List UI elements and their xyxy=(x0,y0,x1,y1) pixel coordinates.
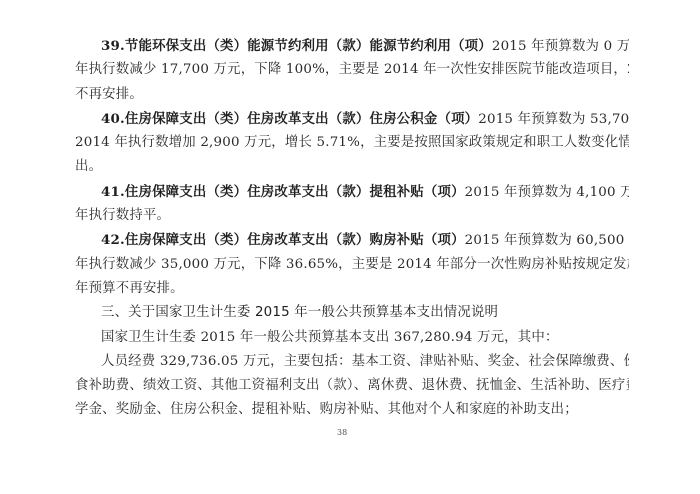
summary-line: 国家卫生计生委 2015 年一般公共预算基本支出 367,280.94 万元，其… xyxy=(75,326,629,350)
section-heading: 三、关于国家卫生计生委 2015 年一般公共预算基本支出情况说明 xyxy=(75,301,629,325)
paragraph-40-line-1: 40.住房保障支出（类）住房改革支出（款）住房公积金（项）2015 年预算数为 … xyxy=(75,107,629,131)
paragraph-42-line-2: 年执行数减少 35,000 万元，下降 36.65%，主要是 2014 年部分一… xyxy=(75,253,629,277)
page-number: 38 xyxy=(337,428,347,437)
paragraph-40-line-2: 2014 年执行数增加 2,900 万元，增长 5.71%，主要是按照国家政策规… xyxy=(75,131,629,155)
item-39-title: 39.节能环保支出（类）能源节约利用（款）能源节约利用（项） xyxy=(101,38,492,54)
paragraph-42-line-3: 年预算不再安排。 xyxy=(75,277,629,301)
paragraph-41-line-1: 41.住房保障支出（类）住房改革支出（款）提租补贴（项）2015 年预算数为 4… xyxy=(75,180,629,204)
personnel-line-3: 学金、奖励金、住房公积金、提租补贴、购房补贴、其他对个人和家庭的补助支出； xyxy=(75,398,629,422)
document-page: 39.节能环保支出（类）能源节约利用（款）能源节约利用（项）2015 年预算数为… xyxy=(75,34,629,423)
paragraph-39-line-3: 不再安排。 xyxy=(75,83,629,107)
item-42-title: 42.住房保障支出（类）住房改革支出（款）购房补贴（项） xyxy=(101,232,465,248)
paragraph-39-line-2: 年执行数减少 17,700 万元，下降 100%，主要是 2014 年一次性安排… xyxy=(75,58,629,82)
personnel-line-2: 食补助费、绩效工资、其他工资福利支出（款）、离休费、退休费、抚恤金、生活补助、医… xyxy=(75,374,629,398)
paragraph-41-line-2: 年执行数持平。 xyxy=(75,204,629,228)
paragraph-40-line-3: 出。 xyxy=(75,155,629,179)
personnel-line-1: 人员经费 329,736.05 万元，主要包括：基本工资、津贴补贴、奖金、社会保… xyxy=(75,350,629,374)
item-41-title: 41.住房保障支出（类）住房改革支出（款）提租补贴（项） xyxy=(101,184,465,200)
paragraph-39-line-1: 39.节能环保支出（类）能源节约利用（款）能源节约利用（项）2015 年预算数为… xyxy=(75,34,629,58)
paragraph-42-line-1: 42.住房保障支出（类）住房改革支出（款）购房补贴（项）2015 年预算数为 6… xyxy=(75,228,629,252)
item-40-title: 40.住房保障支出（类）住房改革支出（款）住房公积金（项） xyxy=(101,111,478,127)
